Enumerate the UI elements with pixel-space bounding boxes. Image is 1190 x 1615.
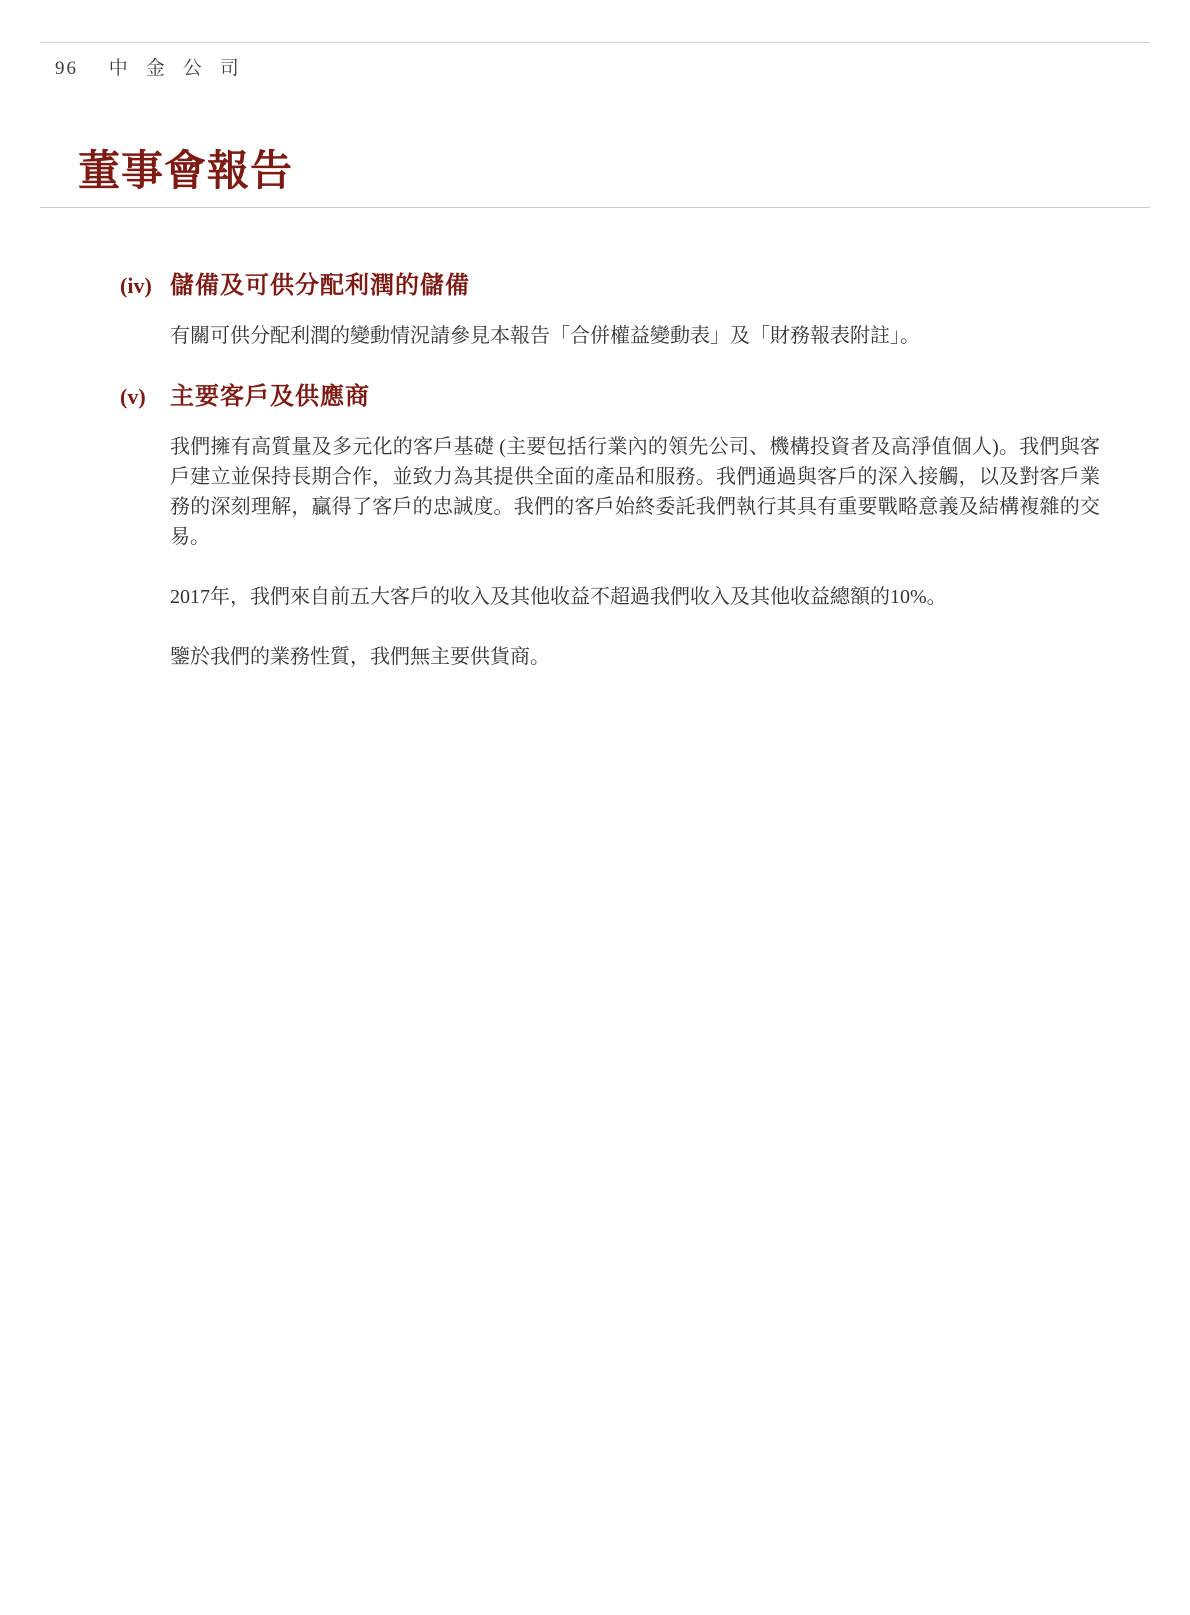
section-customers-suppliers: (v) 主要客戶及供應商 我們擁有高質量及多元化的客戶基礎 (主要包括行業內的領… (170, 381, 1100, 672)
section-heading-row: 主要客戶及供應商 (170, 381, 1100, 416)
document-page: 96 中金公司 董事會報告 (iv) 儲備及可供分配利潤的儲備 有關可供分配利潤… (0, 0, 1190, 1615)
paragraph-reserves: 有關可供分配利潤的變動情況請參見本報告「合併權益變動表」及「財務報表附註」。 (170, 321, 1100, 351)
report-title: 董事會報告 (78, 138, 293, 198)
paragraph-top-five-customers: 2017年，我們來自前五大客戶的收入及其他收益不超過我們收入及其他收益總額的10… (170, 582, 1100, 612)
paragraph-customer-base: 我們擁有高質量及多元化的客戶基礎 (主要包括行業內的領先公司、機構投資者及高淨值… (170, 432, 1100, 552)
section-label-v: (v) (120, 381, 146, 413)
paragraph-no-major-suppliers: 鑒於我們的業務性質，我們無主要供貨商。 (170, 642, 1100, 672)
title-divider-rule (40, 207, 1150, 208)
section-heading-customers: 主要客戶及供應商 (170, 384, 370, 410)
document-content: (iv) 儲備及可供分配利潤的儲備 有關可供分配利潤的變動情況請參見本報告「合併… (170, 270, 1100, 702)
section-label-iv: (iv) (120, 270, 152, 302)
section-heading-row: 儲備及可供分配利潤的儲備 (170, 270, 1100, 305)
section-heading-reserves: 儲備及可供分配利潤的儲備 (170, 273, 470, 299)
section-reserves: (iv) 儲備及可供分配利潤的儲備 有關可供分配利潤的變動情況請參見本報告「合併… (170, 270, 1100, 351)
header-rule (40, 42, 1150, 43)
page-number: 96 (55, 58, 78, 80)
page-header: 96 中金公司 (55, 53, 257, 80)
company-name: 中金公司 (109, 53, 257, 80)
